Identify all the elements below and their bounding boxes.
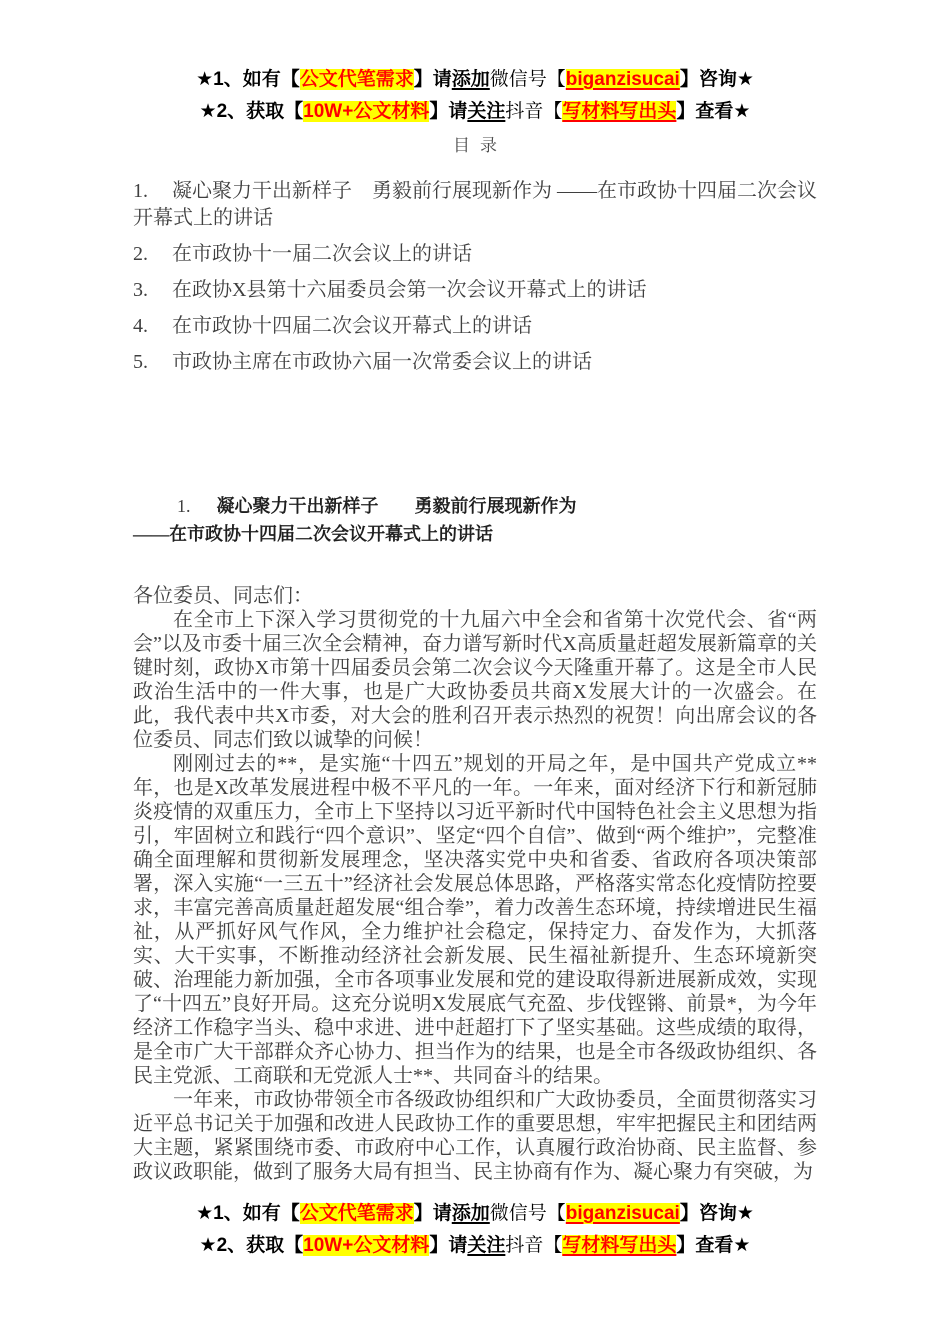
promo-text: 】请 — [414, 1203, 452, 1224]
document-page: ★1、如有【公文代笔需求】请添加微信号【biganzisucai】咨询★ ★2、… — [0, 0, 950, 1344]
paragraph: 在全市上下深入学习贯彻党的十九届六中全会和省第十次党代会、省“两会”以及市委十届… — [133, 608, 817, 752]
toc-item: 2.在市政协十一届二次会议上的讲话 — [133, 241, 817, 268]
toc-item: 1.凝心聚力干出新样子 勇毅前行展现新作为 ——在市政协十四届二次会议开幕式上的… — [133, 178, 817, 232]
promo-header-line1: ★1、如有【公文代笔需求】请添加微信号【biganzisucai】咨询★ — [133, 64, 817, 96]
promo-highlight-keyword: 10W+公文材料 — [303, 1235, 429, 1256]
promo-text: 】请 — [429, 101, 467, 122]
toc-item-text: 在市政协十一届二次会议上的讲话 — [172, 243, 472, 265]
toc-title: 目录 — [133, 134, 817, 158]
table-of-contents: 1.凝心聚力干出新样子 勇毅前行展现新作为 ——在市政协十四届二次会议开幕式上的… — [133, 178, 817, 376]
promo-text: 】查看★ — [676, 1235, 750, 1256]
toc-item-number: 5. — [133, 351, 148, 373]
promo-text: 微信号【 — [490, 69, 566, 90]
promo-header: ★1、如有【公文代笔需求】请添加微信号【biganzisucai】咨询★ ★2、… — [133, 64, 817, 128]
promo-text: 抖音【 — [505, 1235, 562, 1256]
promo-text: 】请 — [414, 69, 452, 90]
section-heading: 1.凝心聚力干出新样子 勇毅前行展现新作为 ——在市政协十四届二次会议开幕式上的… — [133, 492, 817, 548]
promo-footer-line2: ★2、获取【10W+公文材料】请关注抖音【写材料写出头】查看★ — [133, 1230, 817, 1262]
promo-highlight-keyword: 10W+公文材料 — [303, 101, 429, 122]
section-number: 1. — [177, 496, 191, 516]
promo-text: 】咨询★ — [680, 1203, 754, 1224]
toc-item-number: 3. — [133, 279, 148, 301]
toc-item-text: 市政协主席在市政协六届一次常委会议上的讲话 — [172, 351, 592, 373]
promo-text: ★2、获取【 — [200, 1235, 304, 1256]
promo-wechat-id: biganzisucai — [566, 69, 680, 90]
promo-highlight-keyword: 公文代笔需求 — [300, 1203, 414, 1224]
promo-douyin-id: 写材料写出头 — [562, 1235, 676, 1256]
section-heading-line1: 1.凝心聚力干出新样子 勇毅前行展现新作为 — [133, 492, 817, 520]
toc-item-number: 1. — [133, 180, 148, 202]
promo-footer-line1: ★1、如有【公文代笔需求】请添加微信号【biganzisucai】咨询★ — [133, 1198, 817, 1230]
promo-text: 】咨询★ — [680, 69, 754, 90]
toc-item: 5.市政协主席在市政协六届一次常委会议上的讲话 — [133, 349, 817, 376]
promo-highlight-keyword: 公文代笔需求 — [300, 69, 414, 90]
toc-item: 4.在市政协十四届二次会议开幕式上的讲话 — [133, 313, 817, 340]
promo-douyin-id: 写材料写出头 — [562, 101, 676, 122]
promo-header-line2: ★2、获取【10W+公文材料】请关注抖音【写材料写出头】查看★ — [133, 96, 817, 128]
promo-wechat-id: biganzisucai — [566, 1203, 680, 1224]
section-title: 凝心聚力干出新样子 勇毅前行展现新作为 — [217, 496, 577, 516]
promo-text: 】请 — [429, 1235, 467, 1256]
toc-item-text: 在政协X县第十六届委员会第一次会议开幕式上的讲话 — [172, 279, 646, 301]
paragraph: 刚刚过去的**，是实施“十四五”规划的开局之年，是中国共产党成立**年，也是X改… — [133, 752, 817, 1088]
promo-text: ★2、获取【 — [200, 101, 304, 122]
promo-text: ★1、如有【 — [196, 69, 300, 90]
promo-underlined-word: 添加 — [452, 1203, 490, 1224]
section-heading-line2: ——在市政协十四届二次会议开幕式上的讲话 — [133, 520, 817, 548]
toc-item-number: 2. — [133, 243, 148, 265]
toc-item-number: 4. — [133, 315, 148, 337]
promo-text: 】查看★ — [676, 101, 750, 122]
promo-underlined-word: 关注 — [467, 1235, 505, 1256]
promo-text: ★1、如有【 — [196, 1203, 300, 1224]
salutation: 各位委员、同志们： — [133, 584, 817, 608]
speech-body: 各位委员、同志们： 在全市上下深入学习贯彻党的十九届六中全会和省第十次党代会、省… — [133, 584, 817, 1184]
toc-item: 3.在政协X县第十六届委员会第一次会议开幕式上的讲话 — [133, 277, 817, 304]
toc-item-text: 凝心聚力干出新样子 勇毅前行展现新作为 ——在市政协十四届二次会议开幕式上的讲话 — [133, 180, 817, 229]
toc-item-text: 在市政协十四届二次会议开幕式上的讲话 — [172, 315, 532, 337]
promo-footer: ★1、如有【公文代笔需求】请添加微信号【biganzisucai】咨询★ ★2、… — [133, 1198, 817, 1262]
promo-text: 抖音【 — [505, 101, 562, 122]
promo-text: 微信号【 — [490, 1203, 566, 1224]
promo-underlined-word: 添加 — [452, 69, 490, 90]
promo-underlined-word: 关注 — [467, 101, 505, 122]
paragraph: 一年来，市政协带领全市各级政协组织和广大政协委员，全面贯彻落实习近平总书记关于加… — [133, 1088, 817, 1184]
